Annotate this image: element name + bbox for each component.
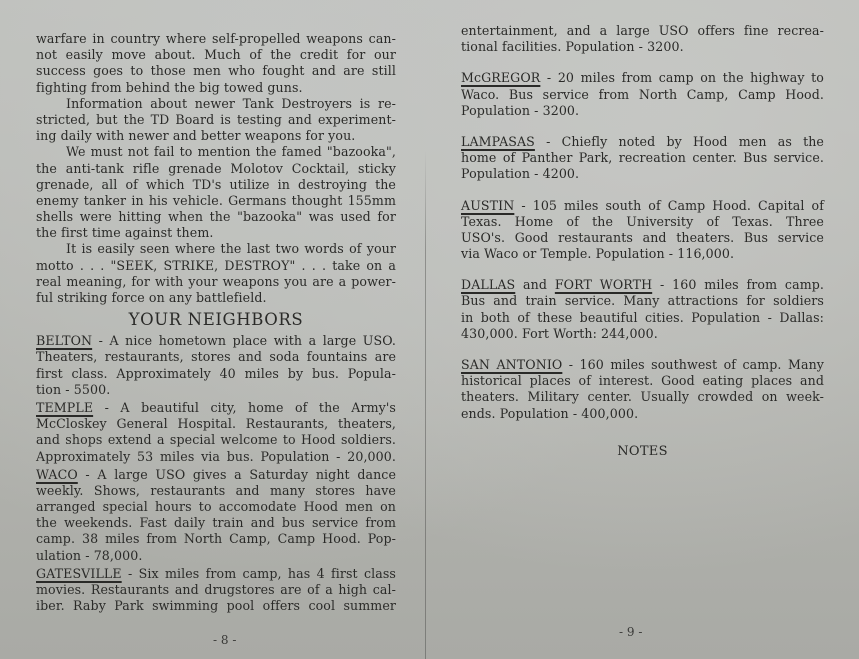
entry-first-line: WACO - A large USO gives a Saturday nigh… (36, 467, 396, 483)
entry-gatesville: GATESVILLE - Six miles from camp, has 4 … (36, 566, 396, 615)
text-line: and shops extend a special welcome to Ho… (36, 432, 396, 448)
text-line: home of Panther Park, recreation center.… (461, 150, 824, 166)
entry-mcgregor: McGREGOR - 20 miles from camp on the hig… (461, 70, 824, 119)
text-line: stricted, but the TD Board is testing an… (36, 112, 396, 128)
intro-paragraph-3: We must not fail to mention the famed "b… (36, 144, 396, 241)
text-line: grenade, all of which TD's utilize in de… (36, 177, 396, 193)
entry-first-line: TEMPLE - A beautiful city, home of the A… (36, 400, 396, 416)
place-name: BELTON (36, 333, 92, 348)
text-line: the weekends. Fast daily train and bus s… (36, 515, 396, 531)
text-line: theaters. Military center. Usually crowd… (461, 389, 824, 405)
text-line: entertainment, and a large USO offers fi… (461, 23, 824, 39)
left-page: warfare in country where self-propelled … (36, 31, 396, 614)
text-line: tion - 5500. (36, 382, 396, 398)
entry-first-line: McGREGOR - 20 miles from camp on the hig… (461, 70, 824, 86)
booklet-spread: warfare in country where self-propelled … (0, 0, 859, 659)
entry-text: - A nice hometown place with a large USO… (92, 333, 396, 348)
text-line: not easily move about. Much of the credi… (36, 47, 396, 63)
text-line: Waco. Bus service from North Camp, Camp … (461, 87, 824, 103)
entry-text: - A beautiful city, home of the Army's (93, 400, 396, 415)
text-line: 430,000. Fort Worth: 244,000. (461, 326, 824, 342)
continuation-paragraph: entertainment, and a large USO offers fi… (461, 23, 824, 55)
page-number-right: - 9 - (619, 625, 642, 639)
text-line: movies. Restaurants and drugstores are o… (36, 582, 396, 598)
text-line: via Waco or Temple. Population - 116,000… (461, 246, 824, 262)
text-line: We must not fail to mention the famed "b… (36, 144, 396, 160)
entry-first-line: DALLAS and FORT WORTH - 160 miles from c… (461, 277, 824, 293)
text-line: Population - 4200. (461, 166, 824, 182)
text-line: shells were hitting when the "bazooka" w… (36, 209, 396, 225)
text-line: the first time against them. (36, 225, 396, 241)
text-line: Information about newer Tank Destroyers … (36, 96, 396, 112)
text-line: McCloskey General Hospital. Restaurants,… (36, 416, 396, 432)
entry-first-line: AUSTIN - 105 miles south of Camp Hood. C… (461, 198, 824, 214)
entry-text: - 160 miles from camp. (652, 277, 824, 292)
page-gutter-fold (425, 150, 426, 659)
text-line: iber. Raby Park swimming pool offers coo… (36, 598, 396, 614)
place-name: TEMPLE (36, 400, 93, 415)
entry-text: - 20 miles from camp on the highway to (540, 70, 824, 85)
text-line: success goes to those men who fought and… (36, 63, 396, 79)
text-line: first class. Approximately 40 miles by b… (36, 366, 396, 382)
place-name: AUSTIN (461, 198, 514, 213)
text-line: camp. 38 miles from North Camp, Camp Hoo… (36, 531, 396, 547)
right-page: entertainment, and a large USO offers fi… (461, 23, 824, 459)
text-line: USO's. Good restaurants and theaters. Bu… (461, 230, 824, 246)
text-line: enemy tanker in his vehicle. Germans tho… (36, 193, 396, 209)
text-line: Bus and train service. Many attractions … (461, 293, 824, 309)
section-heading: YOUR NEIGHBORS (36, 310, 396, 330)
text-line: ful striking force on any battlefield. (36, 290, 396, 306)
text-line: ing daily with newer and better weapons … (36, 128, 396, 144)
entry-text: - 160 miles southwest of camp. Many (562, 357, 824, 372)
notes-heading: NOTES (461, 444, 824, 459)
entry-connector: and (515, 277, 555, 292)
entry-dallas-fort-worth: DALLAS and FORT WORTH - 160 miles from c… (461, 277, 824, 342)
place-name-2: FORT WORTH (555, 277, 652, 292)
text-line: historical places of interest. Good eati… (461, 373, 824, 389)
place-name: WACO (36, 467, 78, 482)
text-line: Approximately 53 miles via bus. Populati… (36, 449, 396, 465)
page-number-left: - 8 - (213, 633, 236, 647)
entry-austin: AUSTIN - 105 miles south of Camp Hood. C… (461, 198, 824, 263)
text-line: in both of these beautiful cities. Popul… (461, 310, 824, 326)
text-line: arranged special hours to accomodate Hoo… (36, 499, 396, 515)
entry-belton: BELTON - A nice hometown place with a la… (36, 333, 396, 398)
entry-waco: WACO - A large USO gives a Saturday nigh… (36, 467, 396, 564)
intro-paragraph-1: warfare in country where self-propelled … (36, 31, 396, 96)
text-line: the anti-tank rifle grenade Molotov Cock… (36, 161, 396, 177)
entry-first-line: GATESVILLE - Six miles from camp, has 4 … (36, 566, 396, 582)
text-line: Population - 3200. (461, 103, 824, 119)
text-line: ends. Population - 400,000. (461, 406, 824, 422)
entry-lampasas: LAMPASAS - Chiefly noted by Hood men as … (461, 134, 824, 183)
text-line: ulation - 78,000. (36, 548, 396, 564)
place-name: McGREGOR (461, 70, 540, 85)
place-name: GATESVILLE (36, 566, 122, 581)
text-line: fighting from behind the big towed guns. (36, 80, 396, 96)
text-line: real meaning, for with your weapons you … (36, 274, 396, 290)
entry-first-line: SAN ANTONIO - 160 miles southwest of cam… (461, 357, 824, 373)
entry-first-line: BELTON - A nice hometown place with a la… (36, 333, 396, 349)
entry-text: - A large USO gives a Saturday night dan… (78, 467, 396, 482)
entry-text: - Chiefly noted by Hood men as the (535, 134, 824, 149)
text-line: tional facilities. Population - 3200. (461, 39, 824, 55)
text-line: Theaters, restaurants, stores and soda f… (36, 349, 396, 365)
place-name: DALLAS (461, 277, 515, 292)
entry-san-antonio: SAN ANTONIO - 160 miles southwest of cam… (461, 357, 824, 422)
text-line: Texas. Home of the University of Texas. … (461, 214, 824, 230)
entry-text: - Six miles from camp, has 4 first class (122, 566, 396, 581)
intro-paragraph-2: Information about newer Tank Destroyers … (36, 96, 396, 145)
text-line: warfare in country where self-propelled … (36, 31, 396, 47)
place-name: SAN ANTONIO (461, 357, 562, 372)
entry-text: - 105 miles south of Camp Hood. Capital … (514, 198, 824, 213)
intro-paragraph-4: It is easily seen where the last two wor… (36, 241, 396, 306)
text-line: motto . . . "SEEK, STRIKE, DESTROY" . . … (36, 258, 396, 274)
place-name: LAMPASAS (461, 134, 535, 149)
entry-first-line: LAMPASAS - Chiefly noted by Hood men as … (461, 134, 824, 150)
text-line: It is easily seen where the last two wor… (36, 241, 396, 257)
entry-temple: TEMPLE - A beautiful city, home of the A… (36, 400, 396, 465)
text-line: weekly. Shows, restaurants and many stor… (36, 483, 396, 499)
